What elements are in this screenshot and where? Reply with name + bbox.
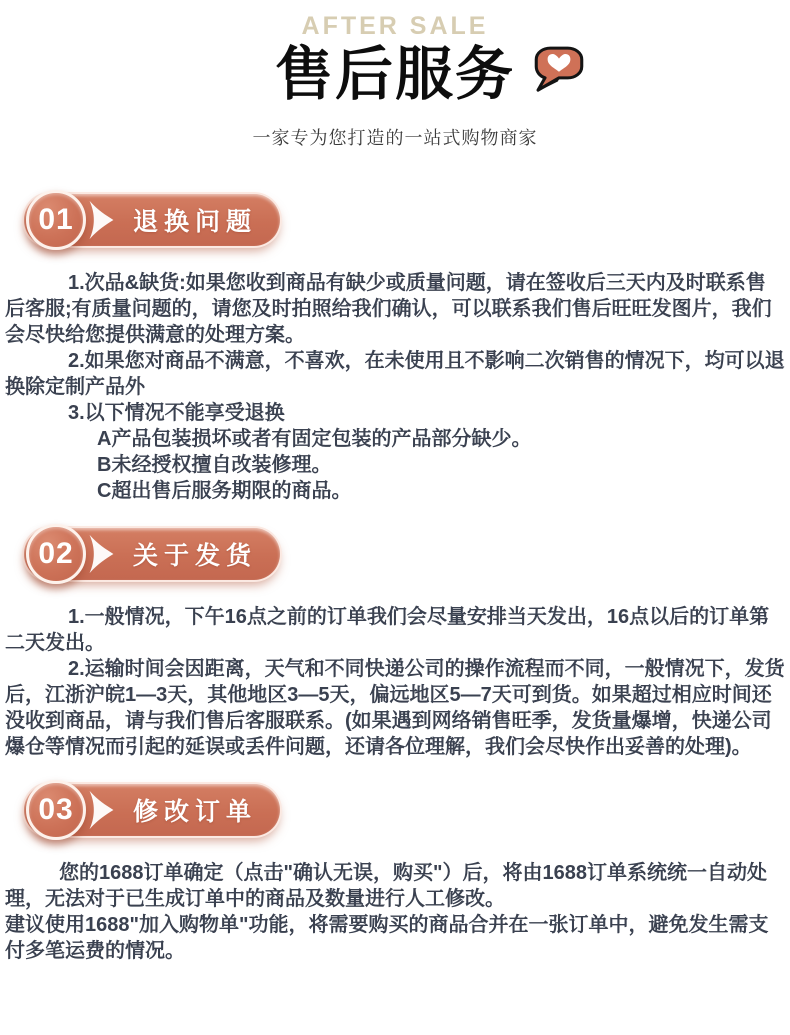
page-title: 售后服务 [275,44,515,106]
sub-list-item: C超出售后服务期限的商品。 [5,478,785,504]
section-shipping: 02 关于发货 1.一般情况，下午16点之前的订单我们会尽量安排当天发出，16点… [0,528,790,760]
eyebrow-text: AFTER SALE [0,12,790,40]
section-title: 退换问题 [133,202,257,238]
paragraph: 2.运输时间会因距离，天气和不同快递公司的操作流程而不同，一般情况下，发货后，江… [5,656,785,760]
section-title: 关于发货 [133,536,257,572]
page-header: AFTER SALE 售后服务 一家专为您打造的一站式购物商家 [0,0,790,150]
heart-speech-bubble-icon [531,44,587,96]
paragraph: 1.一般情况，下午16点之前的订单我们会尽量安排当天发出，16点以后的订单第二天… [5,604,785,656]
section-body: 1.一般情况，下午16点之前的订单我们会尽量安排当天发出，16点以后的订单第二天… [5,604,785,760]
section-title: 修改订单 [133,792,257,828]
section-returns: 01 退换问题 1.次品&缺货:如果您收到商品有缺少或质量问题，请在签收后三天内… [0,194,790,504]
arrow-right-icon [86,533,116,575]
section-number-badge: 01 [26,190,86,250]
arrow-right-icon [86,199,116,241]
sub-list-item: A产品包装损坏或者有固定包装的产品部分缺少。 [5,426,785,452]
section-ribbon-modify-order: 03 修改订单 [24,784,280,836]
section-body: 1.次品&缺货:如果您收到商品有缺少或质量问题，请在签收后三天内及时联系售后客服… [5,270,785,504]
paragraph: 建议使用1688"加入购物单"功能，将需要购买的商品合并在一张订单中，避免发生需… [5,912,785,964]
paragraph: 3.以下情况不能享受退换 [5,400,785,426]
paragraph: 2.如果您对商品不满意，不喜欢，在未使用且不影响二次销售的情况下，均可以退换除定… [5,348,785,400]
section-modify-order: 03 修改订单 您的1688订单确定（点击"确认无误，购买"）后，将由1688订… [0,784,790,964]
paragraph: 您的1688订单确定（点击"确认无误，购买"）后，将由1688订单系统统一自动处… [5,860,785,912]
page-subtitle: 一家专为您打造的一站式购物商家 [0,124,790,150]
section-ribbon-shipping: 02 关于发货 [24,528,280,580]
section-number-badge: 02 [26,524,86,584]
paragraph: 1.次品&缺货:如果您收到商品有缺少或质量问题，请在签收后三天内及时联系售后客服… [5,270,785,348]
sub-list-item: B未经授权擅自改装修理。 [5,452,785,478]
section-ribbon-returns: 01 退换问题 [24,194,280,246]
after-sale-service-page: AFTER SALE 售后服务 一家专为您打造的一站式购物商家 01 退换问题 [0,0,790,1035]
section-number-badge: 03 [26,780,86,840]
section-body: 您的1688订单确定（点击"确认无误，购买"）后，将由1688订单系统统一自动处… [5,860,785,964]
arrow-right-icon [86,789,116,831]
title-row: 售后服务 [275,44,515,106]
